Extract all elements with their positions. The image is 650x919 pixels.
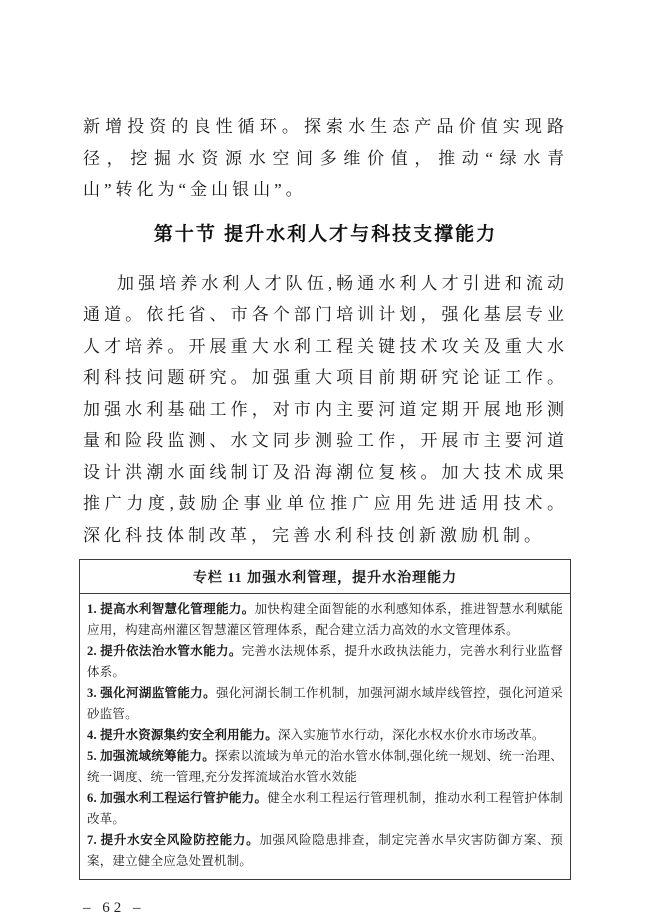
list-item: 7. 提升水安全风险防控能力。加强风险隐患排查，制定完善水旱灾害防御方案、预案，… [87,830,563,872]
paragraph-body: 加强培养水利人才队伍,畅通水利人才引进和流动通道。依托省、市各个部门培训计划，强… [83,268,568,552]
list-item-lead: 2. 提升依法治水管水能力。 [87,644,242,658]
list-item: 4. 提升水资源集约安全利用能力。深入实施节水行动，深化水权水价水市场改革。 [87,725,563,746]
document-page: 新增投资的良性循环。探索水生态产品价值实现路径，挖掘水资源水空间多维价值，推动“… [0,0,650,919]
list-item-lead: 1. 提高水利智慧化管理能力。 [87,602,255,616]
section-heading: 第十节 提升水利人才与科技支撑能力 [83,220,568,250]
list-item-lead: 4. 提升水资源集约安全利用能力。 [87,728,278,742]
list-item-text: 深入实施节水行动，深化水权水价水市场改革。 [278,728,545,742]
list-item: 3. 强化河湖监管能力。强化河湖长制工作机制，加强河湖水域岸线管控，强化河道采砂… [87,683,563,725]
callout-box-body: 1. 提高水利智慧化管理能力。加快构建全面智能的水利感知体系，推进智慧水利赋能应… [80,594,570,879]
list-item: 6. 加强水利工程运行管护能力。健全水利工程运行管理机制，推动水利工程管护体制改… [87,788,563,830]
list-item: 5. 加强流域统筹能力。探索以流域为单元的治水管水体制,强化统一规划、统一治理、… [87,746,563,788]
list-item: 2. 提升依法治水管水能力。完善水法规体系，提升水政执法能力，完善水利行业监督体… [87,641,563,683]
page-number: – 62 – [83,900,568,917]
list-item-lead: 7. 提升水安全风险防控能力。 [87,833,259,847]
list-item-lead: 5. 加强流域统筹能力。 [87,749,215,763]
callout-box: 专栏 11 加强水利管理，提升水治理能力 1. 提高水利智慧化管理能力。加快构建… [79,559,571,880]
paragraph-continuation: 新增投资的良性循环。探索水生态产品价值实现路径，挖掘水资源水空间多维价值，推动“… [83,111,568,206]
list-item: 1. 提高水利智慧化管理能力。加快构建全面智能的水利感知体系，推进智慧水利赋能应… [87,599,563,641]
callout-box-title: 专栏 11 加强水利管理，提升水治理能力 [80,560,570,594]
list-item-lead: 6. 加强水利工程运行管护能力。 [87,791,267,805]
list-item-lead: 3. 强化河湖监管能力。 [87,686,216,700]
